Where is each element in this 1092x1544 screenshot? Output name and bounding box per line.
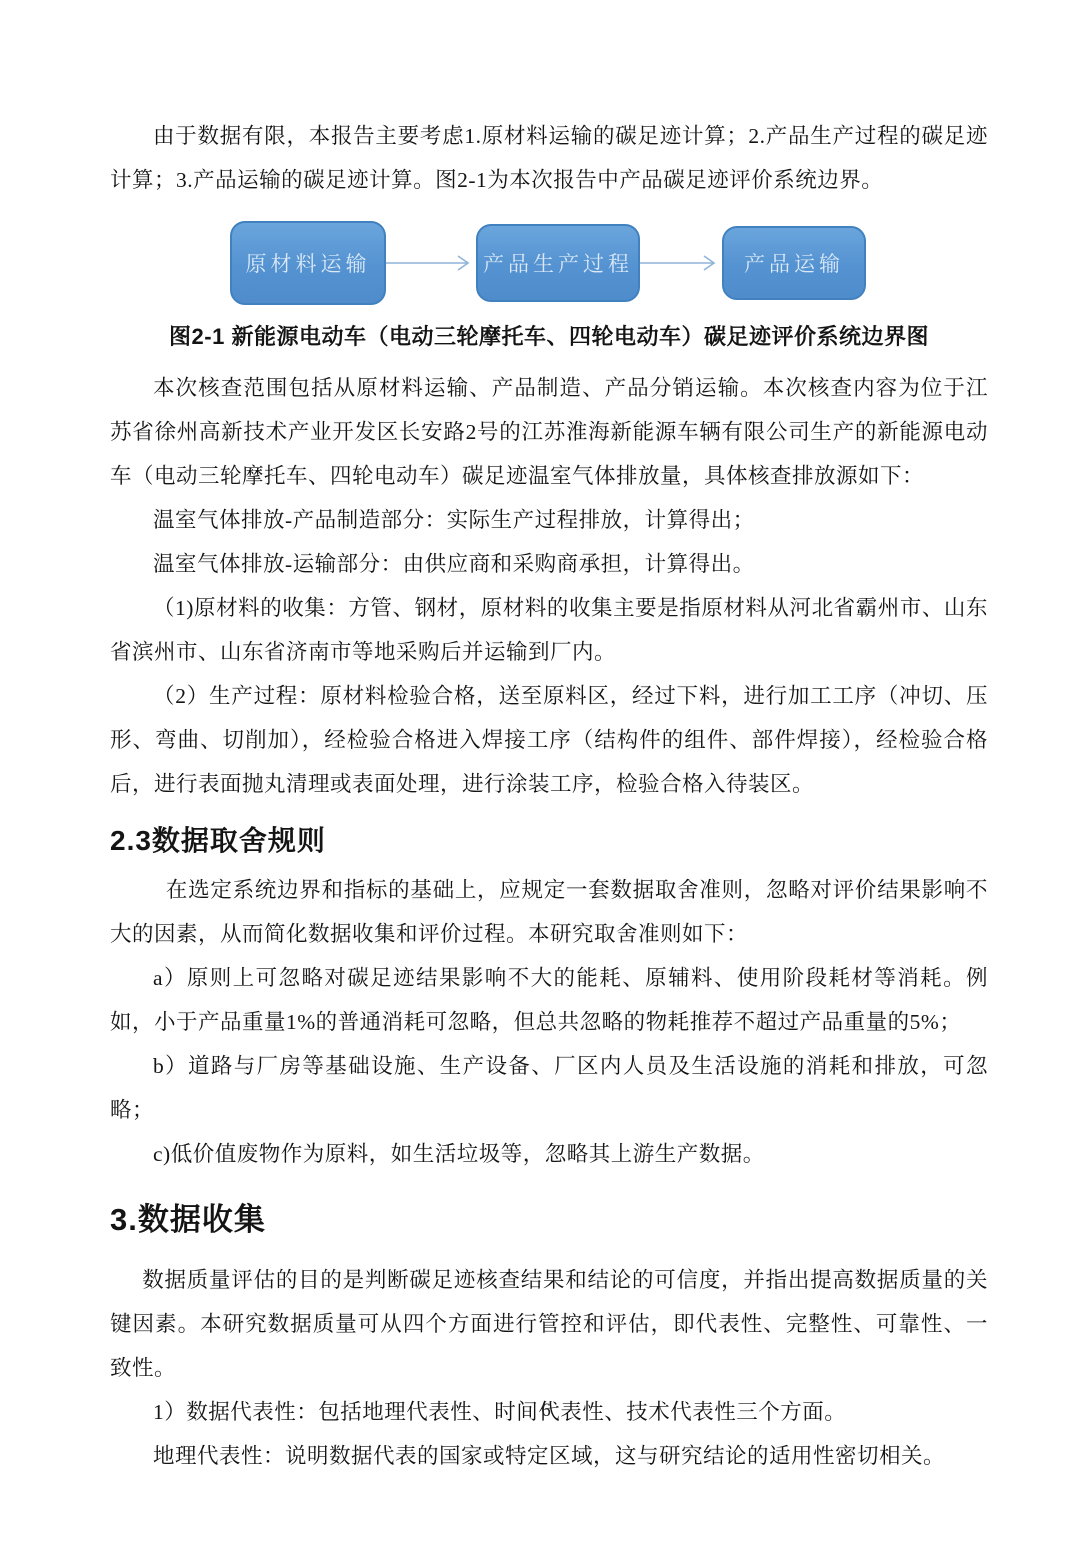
paragraph-geographic-representativeness: 地理代表性：说明数据代表的国家或特定区域，这与研究结论的适用性密切相关。 (110, 1434, 988, 1478)
paragraph-cutoff-intro: 在选定系统边界和指标的基础上，应规定一套数据取舍准则，忽略对评价结果影响不大的因… (110, 868, 988, 956)
paragraph-ghg-manufacturing: 温室气体排放-产品制造部分：实际生产过程排放，计算得出； (110, 498, 988, 542)
diagram-box-raw-material-transport: 原材料运输 (230, 221, 386, 305)
diagram-box-label: 原材料运输 (246, 248, 371, 278)
diagram-box-label: 产品运输 (744, 248, 844, 278)
document-page: 由于数据有限，本报告主要考虑1.原材料运输的碳足迹计算；2.产品生产过程的碳足迹… (0, 0, 1092, 1544)
paragraph-rule-c: c)低价值废物作为原料，如生活垃圾等，忽略其上游生产数据。 (110, 1132, 988, 1176)
diagram-box-product-transport: 产品运输 (722, 226, 866, 300)
paragraph-rule-b: b）道路与厂房等基础设施、生产设备、厂区内人员及生活设施的消耗和排放，可忽略； (110, 1044, 988, 1132)
page-number: 6 (0, 1400, 1092, 1422)
page-content: 由于数据有限，本报告主要考虑1.原材料运输的碳足迹计算；2.产品生产过程的碳足迹… (110, 114, 988, 1478)
diagram-box-production-process: 产品生产过程 (476, 224, 640, 302)
paragraph-rule-a: a）原则上可忽略对碳足迹结果影响不大的能耗、原辅料、使用阶段耗材等消耗。例如，小… (110, 956, 988, 1044)
paragraph-raw-material-collection: （1)原材料的收集：方管、钢材，原材料的收集主要是指原材料从河北省霸州市、山东省… (110, 586, 988, 674)
paragraph-data-quality: 数据质量评估的目的是判断碳足迹核查结果和结论的可信度，并指出提高数据质量的关键因… (110, 1258, 988, 1390)
figure-caption: 图2-1 新能源电动车（电动三轮摩托车、四轮电动车）碳足迹评价系统边界图 (110, 316, 988, 358)
system-boundary-diagram: 原材料运输 产品生产过程 产品运输 (230, 220, 988, 306)
right-arrow-icon (386, 253, 476, 273)
right-arrow-icon (640, 253, 722, 273)
heading-data-collection: 3.数据收集 (110, 1192, 988, 1248)
paragraph-production-process: （2）生产过程：原材料检验合格，送至原料区，经过下料，进行加工工序（冲切、压形、… (110, 674, 988, 806)
paragraph-intro: 由于数据有限，本报告主要考虑1.原材料运输的碳足迹计算；2.产品生产过程的碳足迹… (110, 114, 988, 202)
diagram-box-label: 产品生产过程 (483, 248, 633, 278)
paragraph-verification-scope: 本次核查范围包括从原材料运输、产品制造、产品分销运输。本次核查内容为位于江苏省徐… (110, 366, 988, 498)
paragraph-ghg-transport: 温室气体排放-运输部分：由供应商和采购商承担，计算得出。 (110, 542, 988, 586)
heading-data-cutoff-rules: 2.3数据取舍规则 (110, 816, 988, 866)
